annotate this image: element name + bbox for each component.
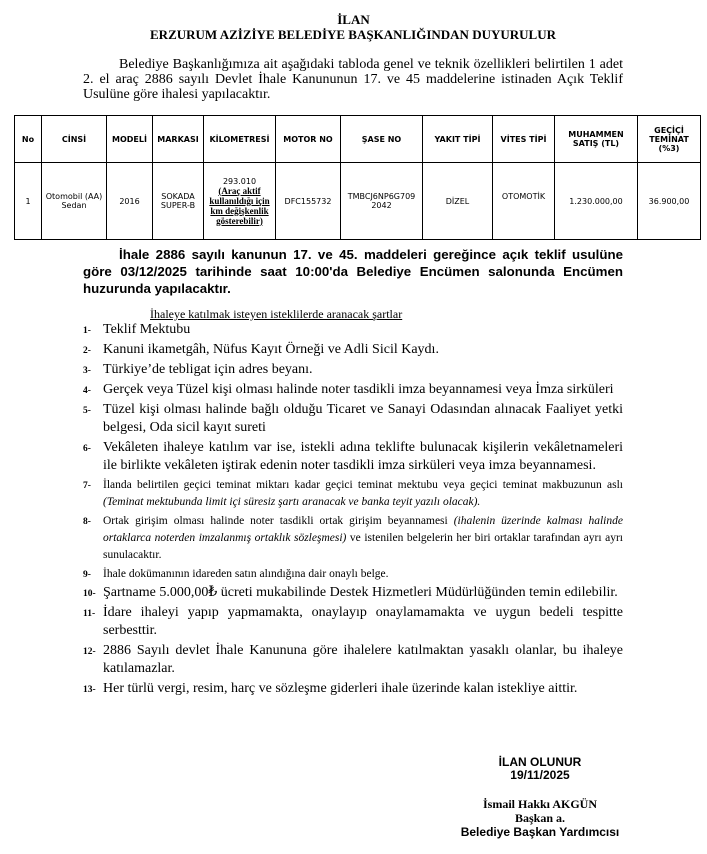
list-item: 8-Ortak girişim olması halinde noter tas… bbox=[83, 513, 623, 564]
col-cinsi: CİNSİ bbox=[42, 116, 107, 163]
cell-motor-no: DFC155732 bbox=[276, 163, 341, 240]
cell-kilometre: 293.010 (Araç aktif kullanıldığı için km… bbox=[204, 163, 276, 240]
item-text: Ortak girişim olması halinde noter tasdi… bbox=[103, 515, 454, 527]
cell-markasi: SOKADA SUPER-B bbox=[153, 163, 204, 240]
cell-vites: OTOMOTİK bbox=[493, 163, 555, 240]
requirements-title: İhaleye katılmak isteyen isteklilerde ar… bbox=[150, 307, 402, 322]
list-item: 3-Türkiye’de tebligat için adres beyanı. bbox=[83, 361, 623, 379]
announcement-title: İLAN bbox=[0, 12, 707, 28]
item-number: 10- bbox=[83, 585, 96, 603]
kilometre-value: 293.010 bbox=[206, 177, 273, 186]
item-number: 1- bbox=[83, 322, 91, 340]
item-number: 5- bbox=[83, 402, 91, 420]
list-item: 7-İlanda belirtilen geçici teminat mikta… bbox=[83, 477, 623, 511]
announcement-subtitle: ERZURUM AZİZİYE BELEDİYE BAŞKANLIĞINDAN … bbox=[83, 27, 623, 43]
list-item: 9-İhale dokümanının idareden satın alınd… bbox=[83, 566, 623, 582]
list-item: 13-Her türlü vergi, resim, harç ve sözle… bbox=[83, 680, 623, 698]
item-number: 8- bbox=[83, 514, 91, 531]
item-number: 7- bbox=[83, 478, 91, 495]
item-text: Vekâleten ihaleye katılım var ise, istek… bbox=[103, 440, 623, 473]
closing-block: İLAN OLUNUR 19/11/2025 bbox=[490, 756, 590, 782]
list-item: 5-Tüzel kişi olması halinde bağlı olduğu… bbox=[83, 401, 623, 437]
closing-date: 19/11/2025 bbox=[490, 769, 590, 782]
signature-block: İsmail Hakkı AKGÜN Başkan a. Belediye Ba… bbox=[440, 797, 640, 839]
item-number: 2- bbox=[83, 342, 91, 360]
signatory-title-2: Belediye Başkan Yardımcısı bbox=[440, 825, 640, 839]
col-teminat: GEÇİÇİ TEMİNAT (%3) bbox=[638, 116, 701, 163]
cell-sase-no: TMBCJ6NP6G709 2042 bbox=[341, 163, 423, 240]
col-markasi: MARKASI bbox=[153, 116, 204, 163]
requirements-list: 1-Teklif Mektubu 2-Kanuni ikametgâh, Nüf… bbox=[83, 321, 623, 700]
item-text: Her türlü vergi, resim, harç ve sözleşme… bbox=[103, 681, 577, 696]
col-kilometre: KİLOMETRESİ bbox=[204, 116, 276, 163]
cell-muhammen: 1.230.000,00 bbox=[555, 163, 638, 240]
item-number: 9- bbox=[83, 567, 91, 583]
item-text: 2886 Sayılı devlet İhale Kanununa göre i… bbox=[103, 643, 623, 676]
col-modeli: MODELİ bbox=[107, 116, 153, 163]
item-text: Şartname 5.000,00₺ ücreti mukabilinde De… bbox=[103, 585, 618, 600]
item-number: 4- bbox=[83, 382, 91, 400]
col-motor-no: MOTOR NO bbox=[276, 116, 341, 163]
item-text: Gerçek veya Tüzel kişi olması halinde no… bbox=[103, 382, 614, 397]
item-text: İhale dokümanının idareden satın alındığ… bbox=[103, 568, 389, 580]
signatory-title-1: Başkan a. bbox=[440, 811, 640, 825]
list-item: 2-Kanuni ikametgâh, Nüfus Kayıt Örneği v… bbox=[83, 341, 623, 359]
col-yakit: YAKIT TİPİ bbox=[423, 116, 493, 163]
list-item: 6-Vekâleten ihaleye katılım var ise, ist… bbox=[83, 439, 623, 475]
cell-teminat: 36.900,00 bbox=[638, 163, 701, 240]
intro-paragraph: Belediye Başkanlığımıza ait aşağıdaki ta… bbox=[83, 57, 623, 102]
signatory-name: İsmail Hakkı AKGÜN bbox=[440, 797, 640, 811]
auction-details: İhale 2886 sayılı kanunun 17. ve 45. mad… bbox=[83, 246, 623, 297]
item-number: 13- bbox=[83, 681, 96, 699]
table-row: 1 Otomobil (AA) Sedan 2016 SOKADA SUPER-… bbox=[15, 163, 701, 240]
item-text: Kanuni ikametgâh, Nüfus Kayıt Örneği ve … bbox=[103, 342, 439, 357]
cell-no: 1 bbox=[15, 163, 42, 240]
col-sase-no: ŞASE NO bbox=[341, 116, 423, 163]
item-number: 11- bbox=[83, 605, 95, 623]
item-text: Teklif Mektubu bbox=[103, 322, 190, 337]
col-muhammen: MUHAMMEN SATIŞ (TL) bbox=[555, 116, 638, 163]
item-text: Tüzel kişi olması halinde bağlı olduğu T… bbox=[103, 402, 623, 435]
item-text: Türkiye’de tebligat için adres beyanı. bbox=[103, 362, 313, 377]
table-header-row: No CİNSİ MODELİ MARKASI KİLOMETRESİ MOTO… bbox=[15, 116, 701, 163]
list-item: 10-Şartname 5.000,00₺ ücreti mukabilinde… bbox=[83, 584, 623, 602]
item-number: 3- bbox=[83, 362, 91, 380]
list-item: 12-2886 Sayılı devlet İhale Kanununa gör… bbox=[83, 642, 623, 678]
col-vites: VİTES TİPİ bbox=[493, 116, 555, 163]
list-item: 11-İdare ihaleyi yapıp yapmamakta, onayl… bbox=[83, 604, 623, 640]
cell-cinsi: Otomobil (AA) Sedan bbox=[42, 163, 107, 240]
list-item: 4-Gerçek veya Tüzel kişi olması halinde … bbox=[83, 381, 623, 399]
item-text: İdare ihaleyi yapıp yapmamakta, onaylayı… bbox=[103, 605, 623, 638]
item-text: İlanda belirtilen geçici teminat miktarı… bbox=[103, 479, 623, 491]
col-no: No bbox=[15, 116, 42, 163]
vehicle-table: No CİNSİ MODELİ MARKASI KİLOMETRESİ MOTO… bbox=[14, 115, 701, 240]
list-item: 1-Teklif Mektubu bbox=[83, 321, 623, 339]
item-number: 6- bbox=[83, 440, 91, 458]
item-italic-note: (Teminat mektubunda limit içi süresiz şa… bbox=[103, 496, 480, 508]
kilometre-note: (Araç aktif kullanıldığı için km değişke… bbox=[206, 186, 273, 226]
item-number: 12- bbox=[83, 643, 96, 661]
cell-yakit: DİZEL bbox=[423, 163, 493, 240]
cell-modeli: 2016 bbox=[107, 163, 153, 240]
